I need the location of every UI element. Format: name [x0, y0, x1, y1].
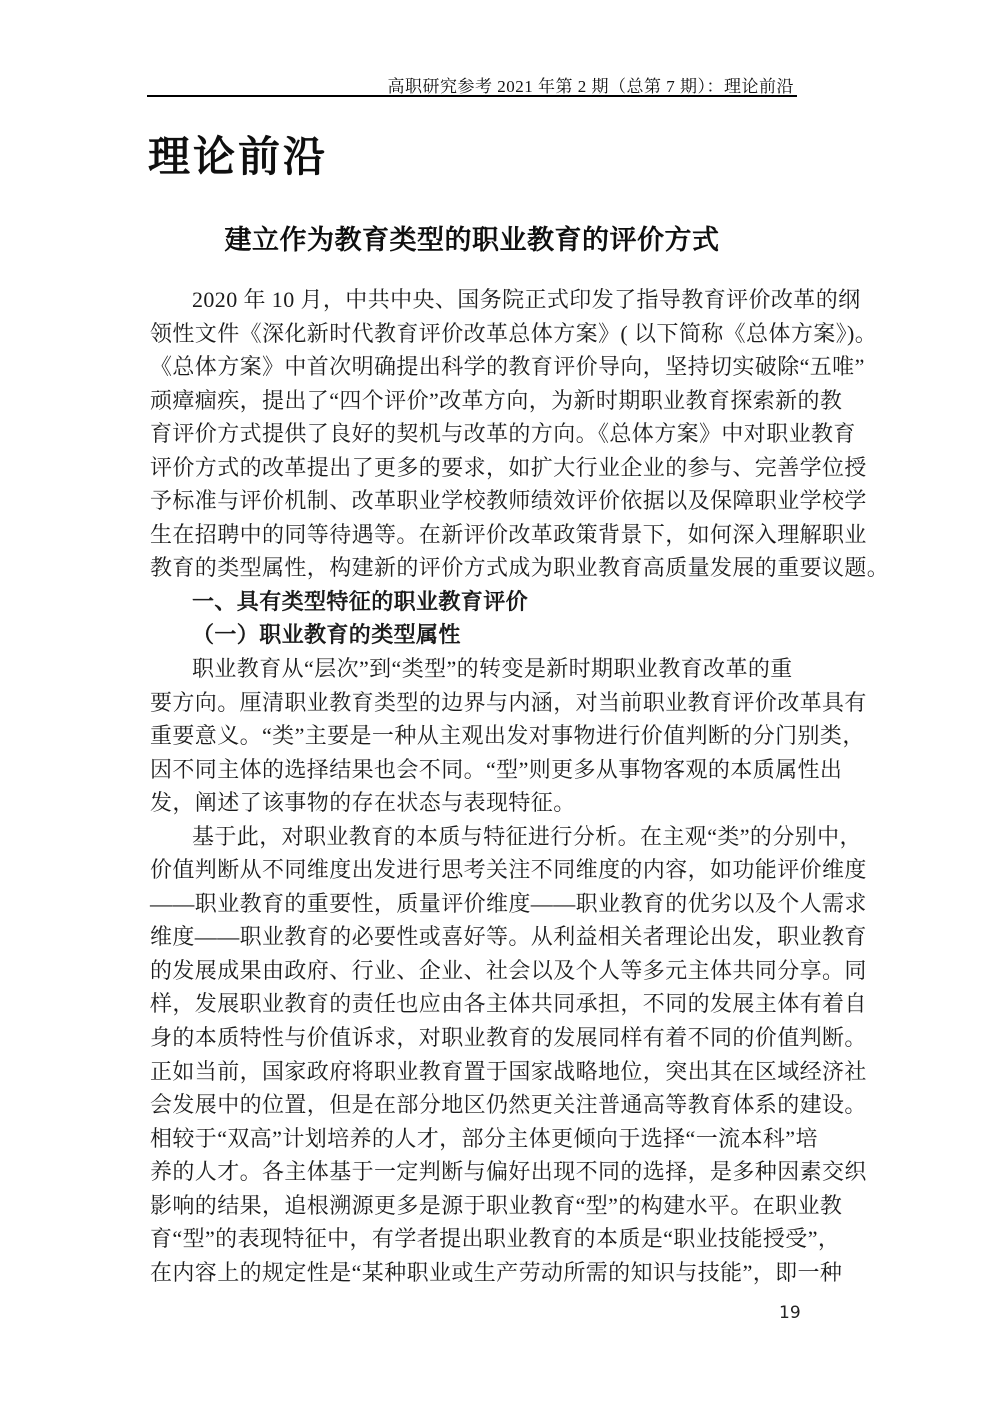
body-line: 育“型”的表现特征中，有学者提出职业教育的本质是“职业技能授受”， [150, 1222, 862, 1256]
body-line: 正如当前，国家政府将职业教育置于国家战略地位，突出其在区域经济社 [150, 1055, 862, 1089]
body-line: 重要意义。“类”主要是一种从主观出发对事物进行价值判断的分门别类， [150, 719, 862, 753]
body-line: 在内容上的规定性是“某种职业或生产劳动所需的知识与技能”，即一种 [150, 1256, 862, 1290]
body-line: 发，阐述了该事物的存在状态与表现特征。 [150, 786, 862, 820]
body-line: 2020 年 10 月，中共中央、国务院正式印发了指导教育评价改革的纲 [150, 283, 862, 317]
body-line: 育评价方式提供了良好的契机与改革的方向。《总体方案》中对职业教育 [150, 417, 862, 451]
body-line: 顽瘴痼疾，提出了“四个评价”改革方向，为新时期职业教育探索新的教 [150, 384, 862, 418]
body-line: 身的本质特性与价值诉求，对职业教育的发展同样有着不同的价值判断。 [150, 1021, 862, 1055]
body-line: 职业教育从“层次”到“类型”的转变是新时期职业教育改革的重 [150, 652, 862, 686]
body-line: 养的人才。各主体基于一定判断与偏好出现不同的选择，是多种因素交织 [150, 1155, 862, 1189]
body-line: 价值判断从不同维度出发进行思考关注不同维度的内容，如功能评价维度 [150, 853, 862, 887]
article-title: 建立作为教育类型的职业教育的评价方式 [147, 218, 797, 257]
document-page: 高职研究参考 2021 年第 2 期（总第 7 期）：理论前沿 理论前沿 建立作… [0, 0, 1000, 1414]
page-number: 19 [779, 1303, 801, 1323]
body-line: 《总体方案》中首次明确提出科学的教育评价导向，坚持切实破除“五唯” [150, 350, 862, 384]
header-rule [147, 95, 797, 97]
body-line: 的发展成果由政府、行业、企业、社会以及个人等多元主体共同分享。同 [150, 954, 862, 988]
body-line: 会发展中的位置，但是在部分地区仍然更关注普通高等教育体系的建设。 [150, 1088, 862, 1122]
body-line: ——职业教育的重要性，质量评价维度——职业教育的优劣以及个人需求 [150, 887, 862, 921]
article-body: 2020 年 10 月，中共中央、国务院正式印发了指导教育评价改革的纲领性文件《… [150, 283, 862, 1289]
body-line: 予标准与评价机制、改革职业学校教师绩效评价依据以及保障职业学校学 [150, 484, 862, 518]
body-line: 评价方式的改革提出了更多的要求，如扩大行业企业的参与、完善学位授 [150, 451, 862, 485]
body-line: 生在招聘中的同等待遇等。在新评价改革政策背景下，如何深入理解职业 [150, 518, 862, 552]
body-line: 维度——职业教育的必要性或喜好等。从利益相关者理论出发，职业教育 [150, 920, 862, 954]
body-line: 教育的类型属性，构建新的评价方式成为职业教育高质量发展的重要议题。 [150, 551, 862, 585]
body-line: 因不同主体的选择结果也会不同。“型”则更多从事物客观的本质属性出 [150, 753, 862, 787]
column-heading: 理论前沿 [148, 133, 328, 181]
body-line: 相较于“双高”计划培养的人才，部分主体更倾向于选择“一流本科”培 [150, 1122, 862, 1156]
body-line: 样，发展职业教育的责任也应由各主体共同承担，不同的发展主体有着自 [150, 987, 862, 1021]
running-head: 高职研究参考 2021 年第 2 期（总第 7 期）：理论前沿 [388, 72, 795, 97]
body-line: 基于此，对职业教育的本质与特征进行分析。在主观“类”的分别中， [150, 820, 862, 854]
body-line: 影响的结果，追根溯源更多是源于职业教育“型”的构建水平。在职业教 [150, 1189, 862, 1223]
body-line: 要方向。厘清职业教育类型的边界与内涵，对当前职业教育评价改革具有 [150, 686, 862, 720]
section-heading-line: 一、具有类型特征的职业教育评价 [150, 585, 862, 619]
section-heading-line: （一）职业教育的类型属性 [150, 618, 862, 652]
body-line: 领性文件《深化新时代教育评价改革总体方案》( 以下简称《总体方案》)。 [150, 317, 862, 351]
